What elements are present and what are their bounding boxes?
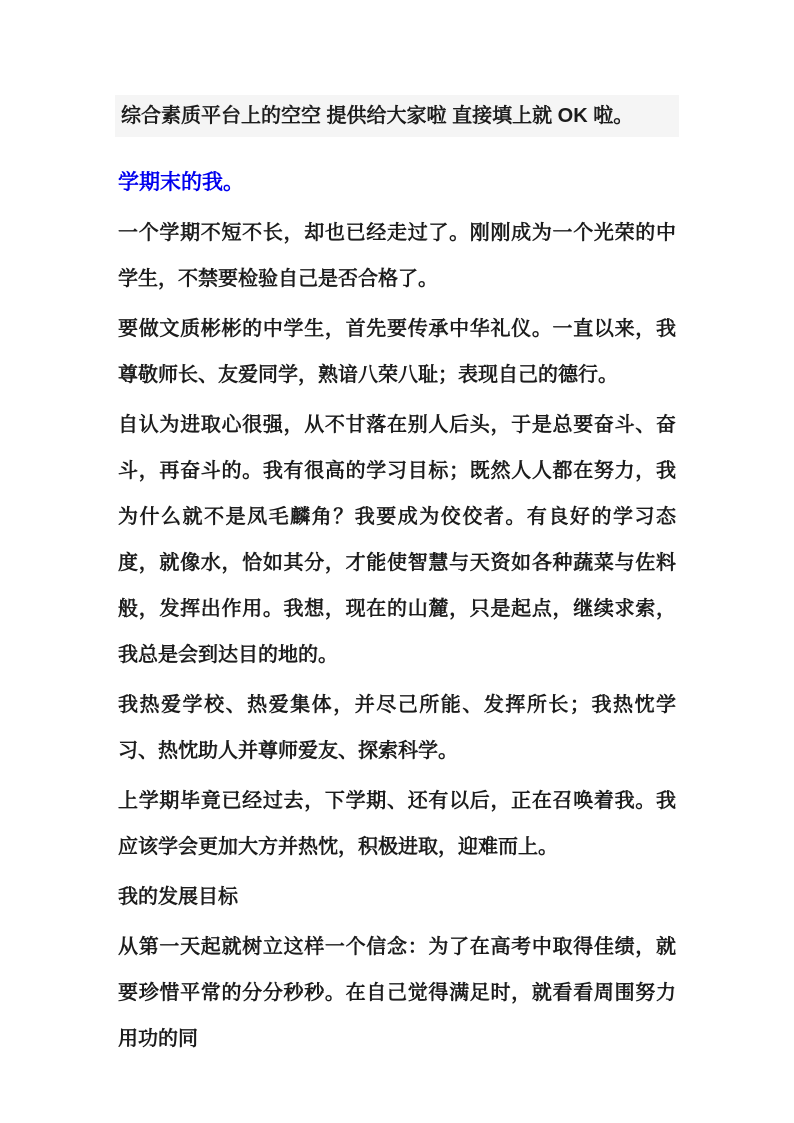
notice-text: 综合素质平台上的空空 提供给大家啦 直接填上就 OK 啦。 xyxy=(121,105,633,127)
paragraph-4: 我热爱学校、热爱集体，并尽己所能、发挥所长；我热忱学习、热忱助人并尊师爱友、探索… xyxy=(118,682,676,774)
notice-banner: 综合素质平台上的空空 提供给大家啦 直接填上就 OK 啦。 xyxy=(115,95,679,137)
section-heading-development-goals: 我的发展目标 xyxy=(118,874,676,920)
document-page: 综合素质平台上的空空 提供给大家啦 直接填上就 OK 啦。 学期末的我。 一个学… xyxy=(0,0,794,1123)
paragraph-1: 一个学期不短不长，却也已经走过了。刚刚成为一个光荣的中学生，不禁要检验自己是否合… xyxy=(118,210,676,302)
paragraph-6: 从第一天起就树立这样一个信念：为了在高考中取得佳绩，就要珍惜平常的分分秒秒。在自… xyxy=(118,924,676,1062)
document-title: 学期末的我。 xyxy=(118,170,676,196)
paragraph-2: 要做文质彬彬的中学生，首先要传承中华礼仪。一直以来，我尊敬师长、友爱同学，熟谙八… xyxy=(118,306,676,398)
paragraph-5: 上学期毕竟已经过去，下学期、还有以后，正在召唤着我。我应该学会更加大方并热忱，积… xyxy=(118,778,676,870)
paragraph-3: 自认为进取心很强，从不甘落在别人后头，于是总要奋斗、奋斗，再奋斗的。我有很高的学… xyxy=(118,402,676,678)
